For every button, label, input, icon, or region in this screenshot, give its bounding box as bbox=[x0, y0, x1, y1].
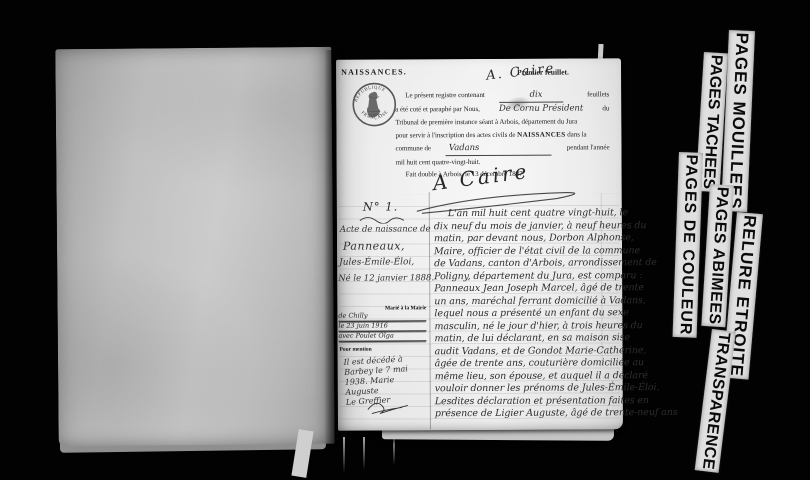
handwritten-fill-magistrate: De Cornu Président bbox=[496, 102, 586, 115]
preamble-line: Le présent registre contenant dix feuill… bbox=[395, 88, 609, 103]
act-text-line: lequel nous a présenté un enfant du sexe bbox=[434, 307, 620, 320]
marriage-mention-stamp: Marié à la Mairie de Chillyle 23 juin 19… bbox=[338, 305, 426, 341]
act-text-line: présence de Ligier Auguste, âgé de trent… bbox=[435, 407, 621, 420]
act-text-line: de Vadans, canton d'Arbois, arrondisseme… bbox=[434, 257, 620, 270]
stamp-figure bbox=[367, 92, 380, 118]
mention-label: Pour mention bbox=[340, 347, 372, 353]
handwritten-fill-commune: Vadans bbox=[446, 141, 552, 155]
preamble-text: dans la bbox=[567, 130, 586, 138]
preamble-bold-naissances: NAISSANCES bbox=[517, 130, 565, 138]
act-title: Acte de naissance de bbox=[340, 224, 431, 234]
marriage-stamp-row: le 23 juin 1916 bbox=[338, 321, 426, 331]
preamble-text: pendant l'année bbox=[567, 141, 610, 155]
act-text-line: Lesdites déclaration et présentation fai… bbox=[435, 395, 621, 408]
register-right-page: NAISSANCES. Premier feuillet. RÉPUBLIQUE… bbox=[336, 58, 623, 430]
act-text-line: âgée de trente ans, couturière domicilié… bbox=[435, 357, 621, 370]
act-text-line: un ans, maréchal ferrant domicilié à Vad… bbox=[434, 295, 620, 308]
act-text-line: Panneaux Jean Joseph Marcel, âgé de tren… bbox=[434, 282, 620, 295]
preamble-text: du bbox=[602, 102, 609, 115]
act-text-line: audit Vadans, et de Gondot Marie-Cathéri… bbox=[435, 345, 621, 358]
preamble-text: pour servir à l'inscription des actes ci… bbox=[395, 131, 515, 140]
act-text-line: Poligny, département du Jura, est compar… bbox=[434, 270, 620, 283]
republique-francaise-stamp: RÉPUBLIQUE FRANÇAISE bbox=[350, 80, 398, 128]
act-number: N° 1. bbox=[363, 199, 399, 213]
act-text-line: matin, de lui déclarant, en sa maison si… bbox=[434, 332, 620, 345]
page-edge-tick bbox=[343, 437, 345, 473]
marriage-stamp-row: de Chilly bbox=[338, 311, 426, 321]
blank-left-page bbox=[55, 47, 334, 446]
page-edge-tick bbox=[363, 437, 365, 470]
act-surname: Panneaux, bbox=[343, 239, 405, 252]
greffier-signature-flourish bbox=[366, 397, 410, 415]
section-title: NAISSANCES. bbox=[341, 67, 407, 76]
page-edge-tick bbox=[393, 437, 395, 465]
preamble-text: feuillets bbox=[577, 88, 609, 102]
act-text-line: Maire, officier de l'état civil de la co… bbox=[434, 245, 620, 258]
preamble-text: Le présent registre contenant bbox=[395, 89, 485, 103]
act-text-line: L'an mil huit cent quatre vingt-huit, le bbox=[434, 207, 620, 220]
preamble-line: commune de Vadans pendant l'année bbox=[395, 141, 609, 156]
act-birthdate: Né le 12 janvier 1888. bbox=[338, 273, 434, 284]
act-text-line: dix neuf du mois de janvier, à neuf heur… bbox=[434, 220, 620, 233]
act-number-flourish bbox=[359, 215, 405, 223]
act-text-line: vouloir donner les prénoms de Jules-Émil… bbox=[435, 382, 621, 395]
act-firstnames: Jules-Émile-Éloi, bbox=[339, 257, 414, 267]
act-text-line: matin, par devant nous, Dorbon Alphonse, bbox=[434, 232, 620, 245]
handwritten-fill-feuillets: dix bbox=[499, 89, 563, 103]
paraphe-signature: A. Caire bbox=[485, 61, 556, 84]
preamble-line: pour servir à l'inscription des actes ci… bbox=[395, 128, 609, 142]
condition-label-transparence: TRANSPARENCE bbox=[695, 329, 736, 473]
preamble-text: commune de bbox=[395, 142, 431, 156]
act-body-text: L'an mil huit cent quatre vingt-huit, le… bbox=[434, 207, 621, 420]
preamble-line: a été coté et paraphé par Nous, De Cornu… bbox=[395, 102, 609, 116]
act-text-line: masculin, né le jour d'hier, à trois heu… bbox=[434, 320, 620, 333]
act-text-line: même lieu, son épouse, et auquel il a dé… bbox=[435, 370, 621, 383]
condition-label-pages-de-couleur: PAGES DE COULEUR bbox=[673, 152, 703, 338]
marriage-stamp-row: avec Poulet Olga bbox=[338, 331, 426, 341]
archive-scan: NAISSANCES. Premier feuillet. RÉPUBLIQUE… bbox=[0, 0, 810, 480]
preamble-line: Tribunal de première instance séant à Ar… bbox=[395, 115, 609, 129]
preamble-text: a été coté et paraphé par Nous, bbox=[395, 103, 480, 116]
